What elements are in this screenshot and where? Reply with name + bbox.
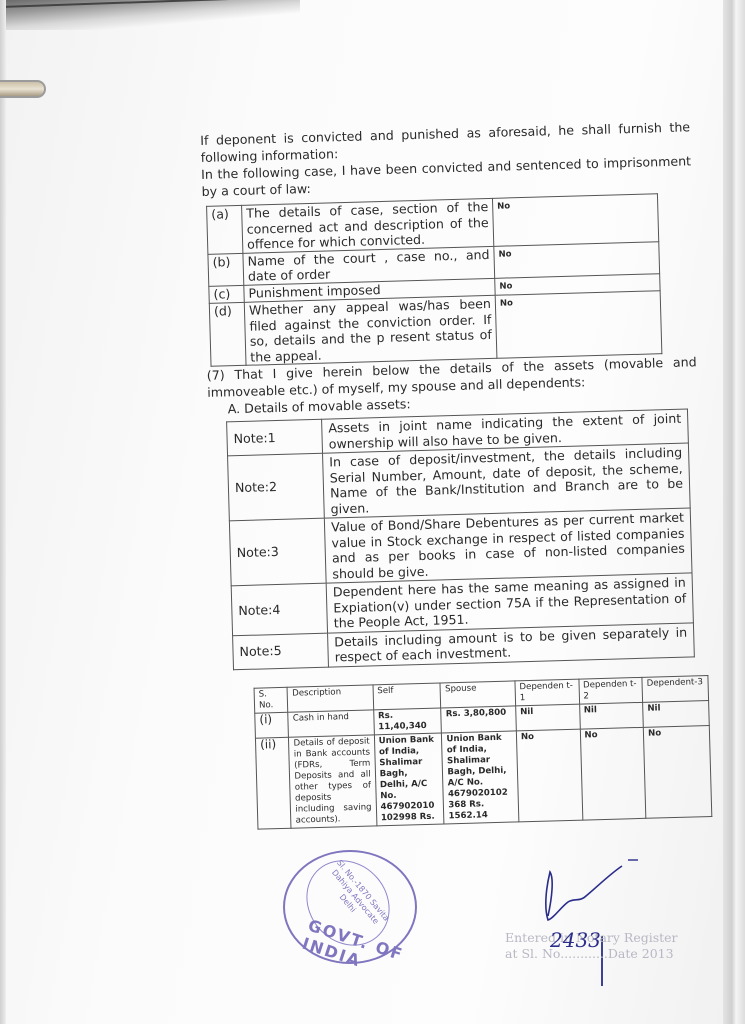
row-answer: No (494, 241, 660, 278)
assets-cell: Nil (643, 700, 710, 727)
row-label: (c) (209, 285, 244, 303)
row-label: (a) (207, 205, 243, 253)
assets-cell: No (516, 729, 582, 822)
signature-icon (540, 858, 640, 988)
note-label: Note:5 (233, 633, 329, 670)
assets-column-header: Self (373, 683, 441, 710)
row-answer: No (495, 291, 662, 359)
conviction-row: (d)Whether any appeal was/has been filed… (209, 291, 662, 367)
assets-column-header: Spouse (440, 680, 515, 707)
row-description: Whether any appeal was/has been filed ag… (244, 295, 497, 365)
assets-cell: No (580, 727, 646, 820)
assets-column-header: Dependent-3 (642, 675, 709, 702)
assets-cell: Rs. 11,40,340 (373, 707, 441, 734)
assets-column-header: Description (287, 684, 373, 711)
row-label: (b) (208, 253, 244, 286)
binder-clip-icon (0, 80, 46, 98)
movable-assets-table: S. No.DescriptionSelfSpouseDependen t-1D… (254, 675, 713, 830)
note-label: Note:2 (228, 453, 325, 521)
assets-cell: Nil (515, 704, 579, 731)
row-description: The details of case, section of the conc… (242, 198, 494, 252)
note-label: Note:4 (231, 583, 327, 635)
assets-column-header: Dependen t-2 (578, 677, 642, 704)
assets-row: (ii)Details of deposit in Bank accounts … (255, 725, 711, 829)
handwritten-register-number: 2433 (550, 928, 601, 952)
assets-cell: Rs. 3,80,800 (441, 705, 516, 732)
assets-cell: Union Bank of India, Shalimar Bagh, Delh… (374, 732, 444, 825)
assets-cell: Union Bank of India, Shalimar Bagh, Delh… (442, 730, 519, 823)
page-left-edge (0, 0, 6, 1024)
assets-column-header: Dependen t-1 (515, 679, 579, 706)
note-text: Value of Bond/Share Debentures as per cu… (324, 508, 692, 583)
note-label: Note:3 (229, 518, 326, 586)
affidavit-document: If deponent is convicted and punished as… (200, 118, 709, 830)
assets-cell: Nil (579, 702, 643, 729)
note-label: Note:1 (227, 419, 323, 456)
row-label: (d) (209, 302, 246, 366)
row-answer: No (492, 194, 658, 246)
page-stack-edge (723, 0, 745, 1024)
assets-cell: Details of deposit in Bank accounts (FDR… (289, 734, 377, 827)
assets-cell: (i) (255, 712, 289, 738)
advocate-seal-stamp: Sl. No.-1870 Savita Dahiya Advocate Delh… (283, 850, 417, 964)
assets-column-header: S. No. (254, 687, 288, 713)
assets-cell: No (643, 725, 711, 818)
conviction-table: (a)The details of case, section of the c… (206, 193, 662, 367)
assets-cell: Cash in hand (288, 709, 374, 736)
note-text: In case of deposit/investment, the detai… (323, 443, 691, 518)
notes-table: Note:1Assets in joint name indicating th… (226, 408, 695, 669)
page-fold-shadow (0, 0, 300, 30)
assets-cell: (ii) (255, 737, 291, 829)
